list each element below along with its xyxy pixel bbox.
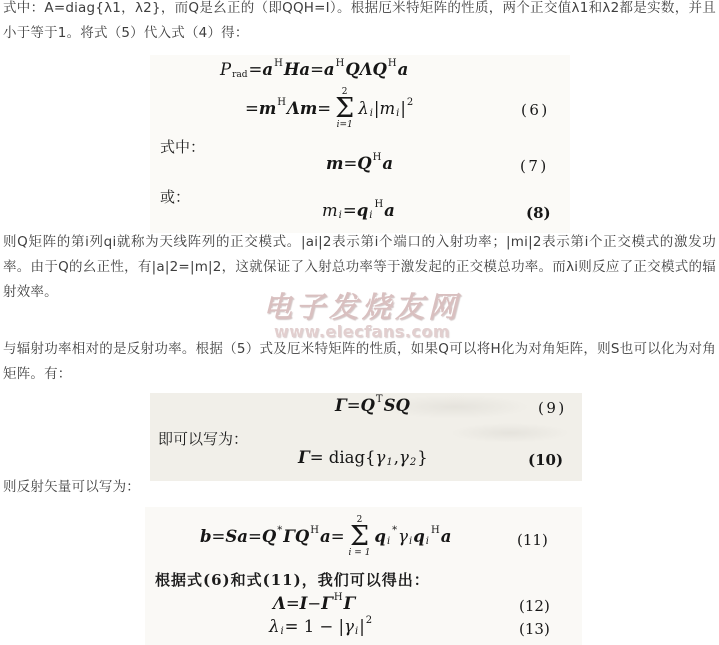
equation-12: Λ = I − ΓHΓ [273,596,355,613]
equation-6-line-1: Prad = aHHa = aHQΛQHa [220,62,408,79]
equation-9-number: (9) [538,399,567,417]
equation-8-number: (8) [526,204,551,222]
equation-scan-block-3: b = Sa = Q*ΓQHa = 2Σi = 1qi*γiqiHa (11) … [145,507,582,645]
equation-12-number: (12) [519,597,550,615]
label-shizhong: 式中： [160,136,205,157]
equation-6-number: (6) [521,101,550,119]
equation-9: Γ = QTSQ [335,398,410,415]
summation-symbol: 2Σi=1 [335,88,354,130]
equation-10: Γ = diag{ γ1 , γ2 } [298,450,428,467]
paragraph-reflected-vector: 则反射矢量可以写为： [3,475,716,500]
equation-8: mi = qiHa [322,203,395,220]
equation-13-number: (13) [519,620,550,638]
equation-10-number: (10) [528,451,563,469]
equation-11-number: (11) [517,531,548,549]
scan-noise [450,423,570,443]
equation-7: m = QHa [326,156,393,173]
equation-7-number: (7) [520,157,549,175]
paragraph-orthogonal-modes: 则Q矩阵的第i列qi就称为天线阵列的正交模式。|ai|2表示第i个端口的入射功率… [3,230,716,305]
label-huo: 或： [160,186,190,207]
article-page: 式中：A=diag{λ1，λ2}，而Q是幺正的（即QQH=I）。根据厄米特矩阵的… [0,0,719,645]
equation-13: λi = 1 − | γi |2 [269,619,373,636]
equation-6-line-2: = mHΛm = 2Σi=1λi | mi |2 [245,88,414,130]
label-jike: 即可以写为： [158,428,248,449]
label-genju: 根据式(6)和式(11)，我们可以得出： [155,569,430,590]
paragraph-reflection: 与辐射功率相对的是反射功率。根据（5）式及厄米特矩阵的性质，如果Q可以将H化为对… [3,337,716,387]
equation-scan-block-1: Prad = aHHa = aHQΛQHa = mHΛm = 2Σi=1λi |… [150,55,570,233]
equation-scan-block-2: Γ = QTSQ (9) 即可以写为： Γ = diag{ γ1 , γ2 } … [150,393,582,481]
equation-11: b = Sa = Q*ΓQHa = 2Σi = 1qi*γiqiHa [200,515,451,559]
summation-symbol: 2Σi = 1 [349,516,371,558]
paragraph-intro: 式中：A=diag{λ1，λ2}，而Q是幺正的（即QQH=I）。根据厄米特矩阵的… [3,0,716,46]
